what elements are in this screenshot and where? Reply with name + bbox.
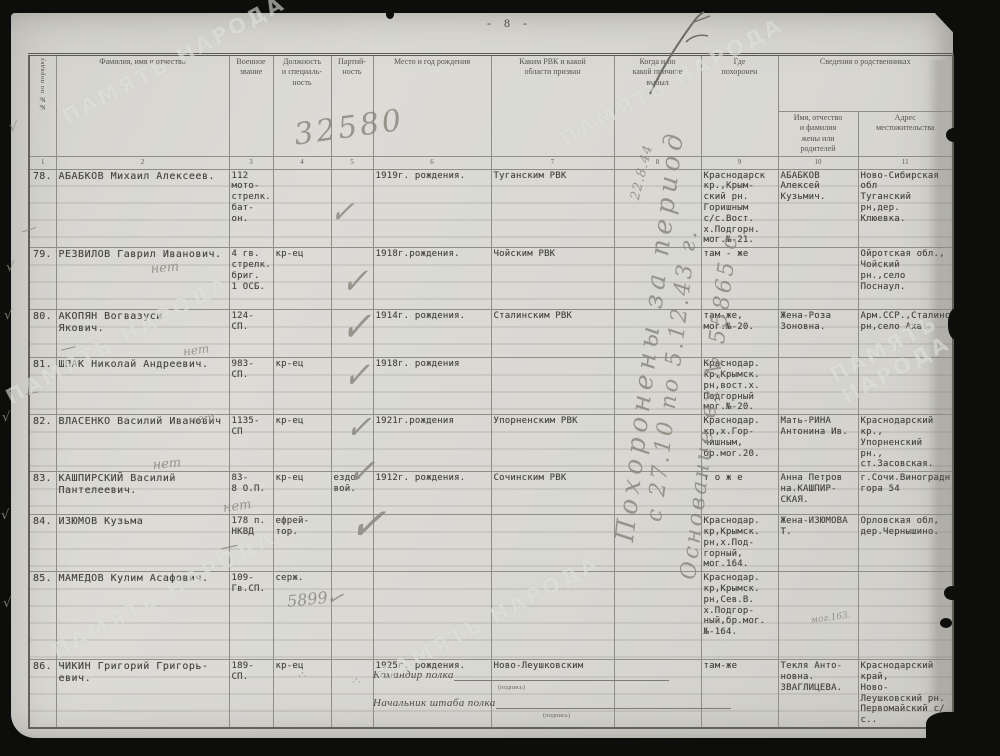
party bbox=[331, 358, 373, 415]
relative: Мать-РИНА Антонина Ив. bbox=[778, 415, 858, 472]
col-header-position: Должность и специаль- ность bbox=[273, 55, 331, 157]
unit: 983- СП. bbox=[229, 358, 273, 415]
when-left bbox=[614, 472, 701, 515]
burial-place: Краснодар. кр,Крымск. рн,х.Под- горный, … bbox=[701, 515, 778, 572]
col-num: 4 bbox=[273, 156, 331, 169]
relative: Анна Петров на.КАШПИР- СКАЯ. bbox=[778, 472, 858, 515]
scan-hole-artifact bbox=[944, 586, 960, 600]
chief-of-staff-label: Начальник штаба полка bbox=[373, 697, 496, 709]
col-num: 3 bbox=[229, 156, 273, 169]
rvk bbox=[491, 572, 614, 660]
burial-place: Краснодар. кр,х.Гор- чишным, бр.мог.20. bbox=[701, 415, 778, 472]
party: ездо- вой. bbox=[331, 472, 373, 515]
chief-of-staff-signature-row: Начальник штаба полка bbox=[373, 696, 731, 709]
signature-caption: (подпись) bbox=[543, 712, 570, 719]
relative: АБАБКОВ Алексей Кузьмич. bbox=[778, 169, 858, 248]
birth: 1914г. рождения. bbox=[373, 310, 491, 358]
col-num: 6 bbox=[373, 156, 491, 169]
relative bbox=[778, 248, 858, 310]
soldier-name: КАШПИРСКИЙ Василий Пантелеевич. bbox=[56, 472, 229, 515]
table-row: 83. КАШПИРСКИЙ Василий Пантелеевич. 83- … bbox=[29, 472, 953, 515]
burial-place: там-же bbox=[701, 660, 778, 728]
party bbox=[331, 515, 373, 572]
birth: 1919г. рождения. bbox=[373, 169, 491, 248]
unit: 1135- СП bbox=[229, 415, 273, 472]
unit: 189- СП. bbox=[229, 660, 273, 728]
row-number: 80. bbox=[29, 310, 56, 358]
unit: 109- Гв.СП. bbox=[229, 572, 273, 660]
relative: Жена-Роза Зоновна. bbox=[778, 310, 858, 358]
rvk: Туганским РВК bbox=[491, 169, 614, 248]
row-number: 78. bbox=[29, 169, 56, 248]
page-number: - 8 - bbox=[487, 16, 532, 31]
rank: серж. bbox=[273, 572, 331, 660]
burial-place: там-же, мог.№-20. bbox=[701, 310, 778, 358]
col-header-party: Партий- ность bbox=[331, 55, 373, 157]
burial-place: Краснодар. кр,Крымск. рн,Сев.В. х.Подгор… bbox=[701, 572, 778, 660]
birth bbox=[373, 572, 491, 660]
when-left bbox=[614, 248, 701, 310]
soldier-name: ИЗЮМОВ Кузьма bbox=[56, 515, 229, 572]
soldier-name: МАМЕДОВ Кулим Асафович. bbox=[56, 572, 229, 660]
col-num: 9 bbox=[701, 156, 778, 169]
rvk bbox=[491, 358, 614, 415]
table-row: 85. МАМЕДОВ Кулим Асафович. 109- Гв.СП. … bbox=[29, 572, 953, 660]
margin-tick: √ bbox=[1, 508, 9, 523]
rank bbox=[273, 169, 331, 248]
birth: 1918г.рождения. bbox=[373, 248, 491, 310]
rvk: Сталинским РВК bbox=[491, 310, 614, 358]
burial-place: Краснодарск кр.,Крым- ский рн. Горишным … bbox=[701, 169, 778, 248]
scan-corner-shadow bbox=[926, 712, 976, 742]
unit: 124- СП. bbox=[229, 310, 273, 358]
commander-signature-line bbox=[454, 668, 669, 681]
when-left bbox=[614, 415, 701, 472]
chief-signature-line bbox=[496, 696, 731, 709]
when-left bbox=[614, 572, 701, 660]
when-left bbox=[614, 358, 701, 415]
row-number: 83. bbox=[29, 472, 56, 515]
relative bbox=[778, 358, 858, 415]
soldier-name: ВЛАСЕНКО Василий Иванович bbox=[56, 415, 229, 472]
rank: кр-ец bbox=[273, 358, 331, 415]
col-num: 7 bbox=[491, 156, 614, 169]
relative bbox=[778, 572, 858, 660]
row-number: 79. bbox=[29, 248, 56, 310]
birth: 1912г. рождения. bbox=[373, 472, 491, 515]
scan-notch-artifact bbox=[386, 10, 394, 19]
col-num: 8 bbox=[614, 156, 701, 169]
col-header-relative-name: Имя, отчество и фамилия жены или родител… bbox=[778, 112, 858, 157]
when-left bbox=[614, 310, 701, 358]
scan-hole-artifact bbox=[954, 460, 967, 477]
soldier-name: АБАБКОВ Михаил Алексеев. bbox=[56, 169, 229, 248]
commander-label: Командир полка bbox=[373, 669, 454, 681]
soldier-name: ШПАК Николай Андреевич. bbox=[56, 358, 229, 415]
party bbox=[331, 248, 373, 310]
rank: кр-ец bbox=[273, 472, 331, 515]
table-row: 80. АКОПЯН Вогвазуси Якович. 124- СП. 19… bbox=[29, 310, 953, 358]
table-row: 82. ВЛАСЕНКО Василий Иванович 1135- СП к… bbox=[29, 415, 953, 472]
col-header-rank: Военное звание bbox=[229, 55, 273, 157]
col-num: 10 bbox=[778, 156, 858, 169]
soldier-name: АКОПЯН Вогвазуси Якович. bbox=[56, 310, 229, 358]
birth: 1921г.рождения bbox=[373, 415, 491, 472]
table-row: 79. РЕЗВИЛОВ Гаврил Иванович. 4 гв. стре… bbox=[29, 248, 953, 310]
party bbox=[331, 660, 373, 728]
col-header-relatives-group: Сведения о родственниках bbox=[778, 55, 953, 112]
commander-signature-row: Командир полка bbox=[373, 668, 669, 681]
scan-hole-artifact bbox=[948, 308, 966, 340]
scan-hole-artifact bbox=[940, 618, 952, 628]
unit: 83- 8 О.П. bbox=[229, 472, 273, 515]
rvk bbox=[491, 515, 614, 572]
col-header-index: №№ по порядку bbox=[29, 55, 56, 157]
relative: Текля Анто- новна. ЗВАГЛИЦЕВА. bbox=[778, 660, 858, 728]
unit: 178 п. НКВД bbox=[229, 515, 273, 572]
soldier-name: ЧИКИН Григорий Григорь- евич. bbox=[56, 660, 229, 728]
col-header-birth: Место и год рождения bbox=[373, 55, 491, 157]
unit: 4 гв. стрелк. бриг. 1 ОСБ. bbox=[229, 248, 273, 310]
rank: кр-ец bbox=[273, 415, 331, 472]
row-number: 84. bbox=[29, 515, 56, 572]
soldier-name: РЕЗВИЛОВ Гаврил Иванович. bbox=[56, 248, 229, 310]
paper-crease bbox=[928, 60, 948, 700]
row-number: 86. bbox=[29, 660, 56, 728]
unit: 112 мото- стрелк. бат-он. bbox=[229, 169, 273, 248]
col-num: 2 bbox=[56, 156, 229, 169]
party bbox=[331, 572, 373, 660]
rvk: Упорненским РВК bbox=[491, 415, 614, 472]
burial-place: т о ж е bbox=[701, 472, 778, 515]
burial-place: там - же bbox=[701, 248, 778, 310]
rvk: Сочинским РВК bbox=[491, 472, 614, 515]
table-row: 81. ШПАК Николай Андреевич. 983- СП. кр-… bbox=[29, 358, 953, 415]
signature-caption: (подпись) bbox=[498, 684, 525, 691]
pen-scrawl bbox=[642, 8, 714, 96]
birth bbox=[373, 515, 491, 572]
rvk: Чойским РВК bbox=[491, 248, 614, 310]
table-row: 78. АБАБКОВ Михаил Алексеев. 112 мото- с… bbox=[29, 169, 953, 248]
table-row: 84. ИЗЮМОВ Кузьма 178 п. НКВД ефрей- тор… bbox=[29, 515, 953, 572]
row-number: 85. bbox=[29, 572, 56, 660]
casualty-register-table: №№ по порядку Фамилия, имя и отчество Во… bbox=[28, 53, 954, 729]
rank: кр-ец bbox=[273, 248, 331, 310]
rank: кр-ец bbox=[273, 660, 331, 728]
rank: ефрей- тор. bbox=[273, 515, 331, 572]
relative: Жена-ИЗЮМОВА Т. bbox=[778, 515, 858, 572]
col-header-rvk: Каким РВК и какой области призван bbox=[491, 55, 614, 157]
col-header-name: Фамилия, имя и отчество bbox=[56, 55, 229, 157]
party bbox=[331, 310, 373, 358]
scanned-document-page: - 8 - №№ по порядку Фамилия, имя и отчес… bbox=[0, 0, 1000, 756]
when-left bbox=[614, 169, 701, 248]
party bbox=[331, 169, 373, 248]
burial-place: Краснодар. кр,Крымск. рн,вост.х. Подгорн… bbox=[701, 358, 778, 415]
rank bbox=[273, 310, 331, 358]
col-num: 5 bbox=[331, 156, 373, 169]
when-left bbox=[614, 515, 701, 572]
col-num: 1 bbox=[29, 156, 56, 169]
margin-tick: √ bbox=[2, 410, 10, 425]
party bbox=[331, 415, 373, 472]
scan-hole-artifact bbox=[946, 128, 962, 142]
row-number: 82. bbox=[29, 415, 56, 472]
birth: 1918г. рождения bbox=[373, 358, 491, 415]
row-number: 81. bbox=[29, 358, 56, 415]
